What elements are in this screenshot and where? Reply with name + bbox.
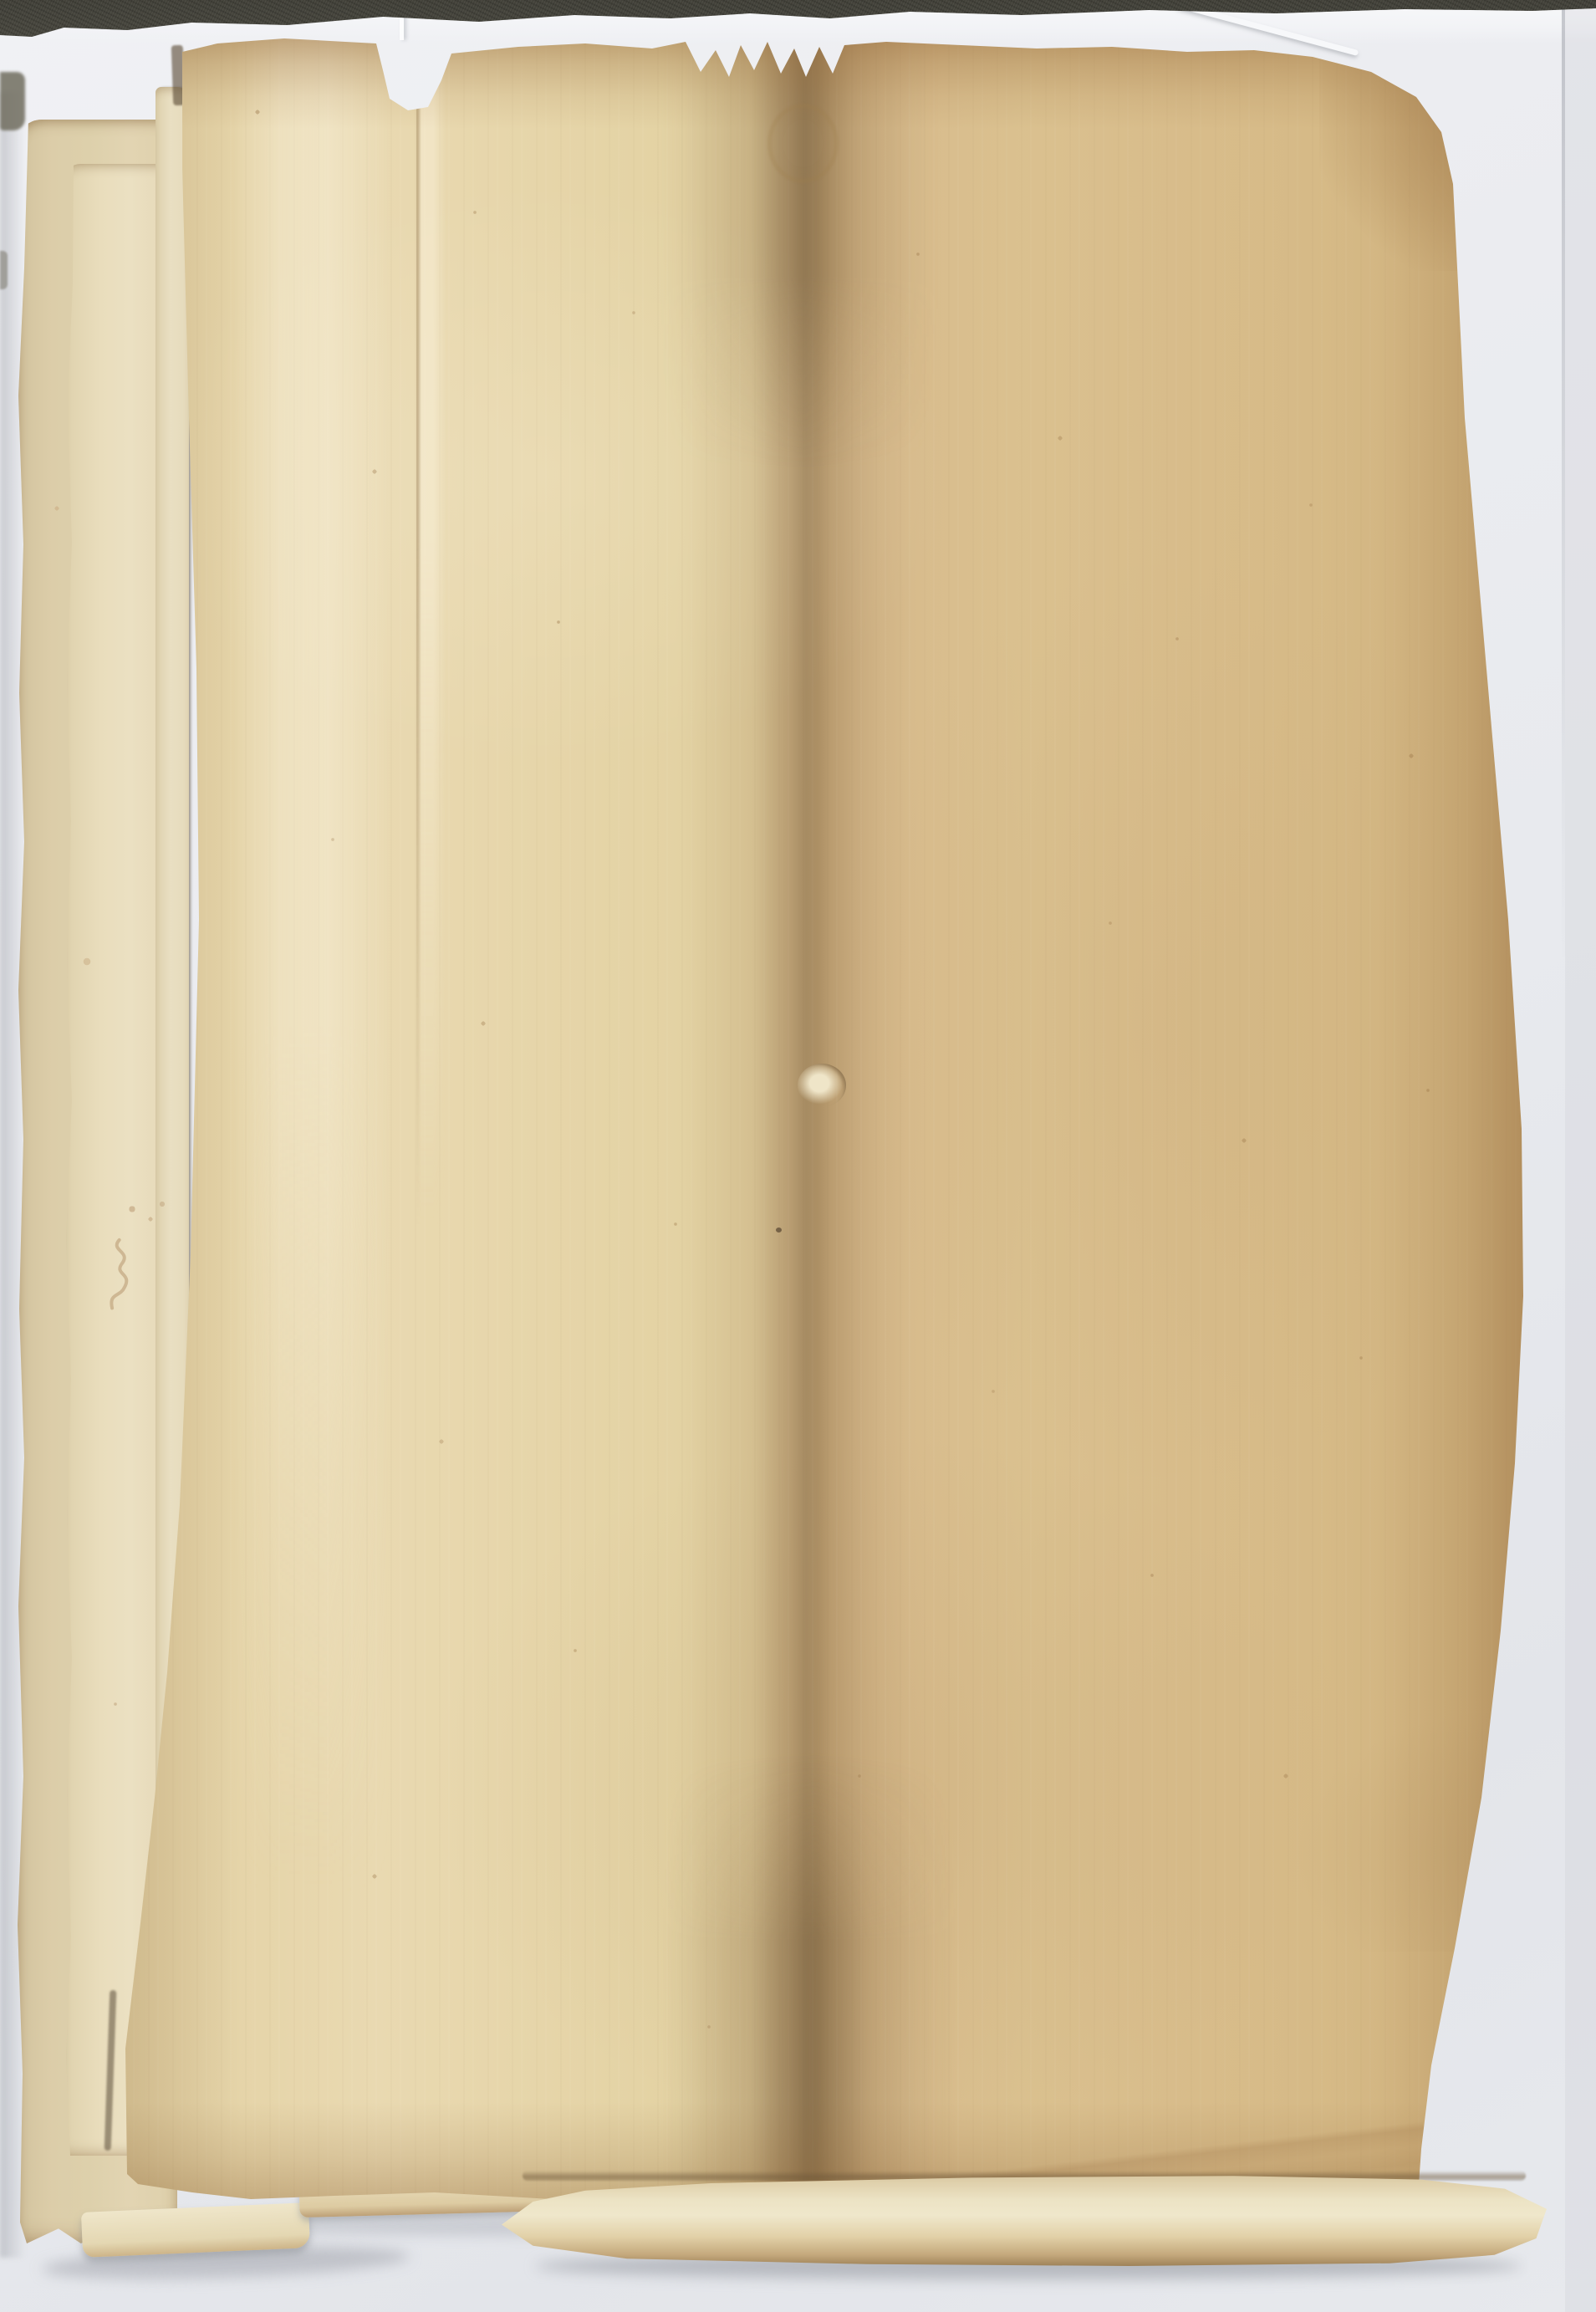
scanned-archival-document <box>0 0 1596 2312</box>
curl-roll <box>502 2174 1547 2266</box>
under-sheet-bottom-tip <box>81 2202 310 2258</box>
ink-squiggle-stain <box>99 1233 153 1321</box>
main-document-sheet <box>124 37 1527 2224</box>
foxing-specks <box>124 37 1527 2224</box>
curled-bottom-edge <box>502 2174 1547 2266</box>
backing-sheet-right-margin <box>1565 0 1596 2312</box>
